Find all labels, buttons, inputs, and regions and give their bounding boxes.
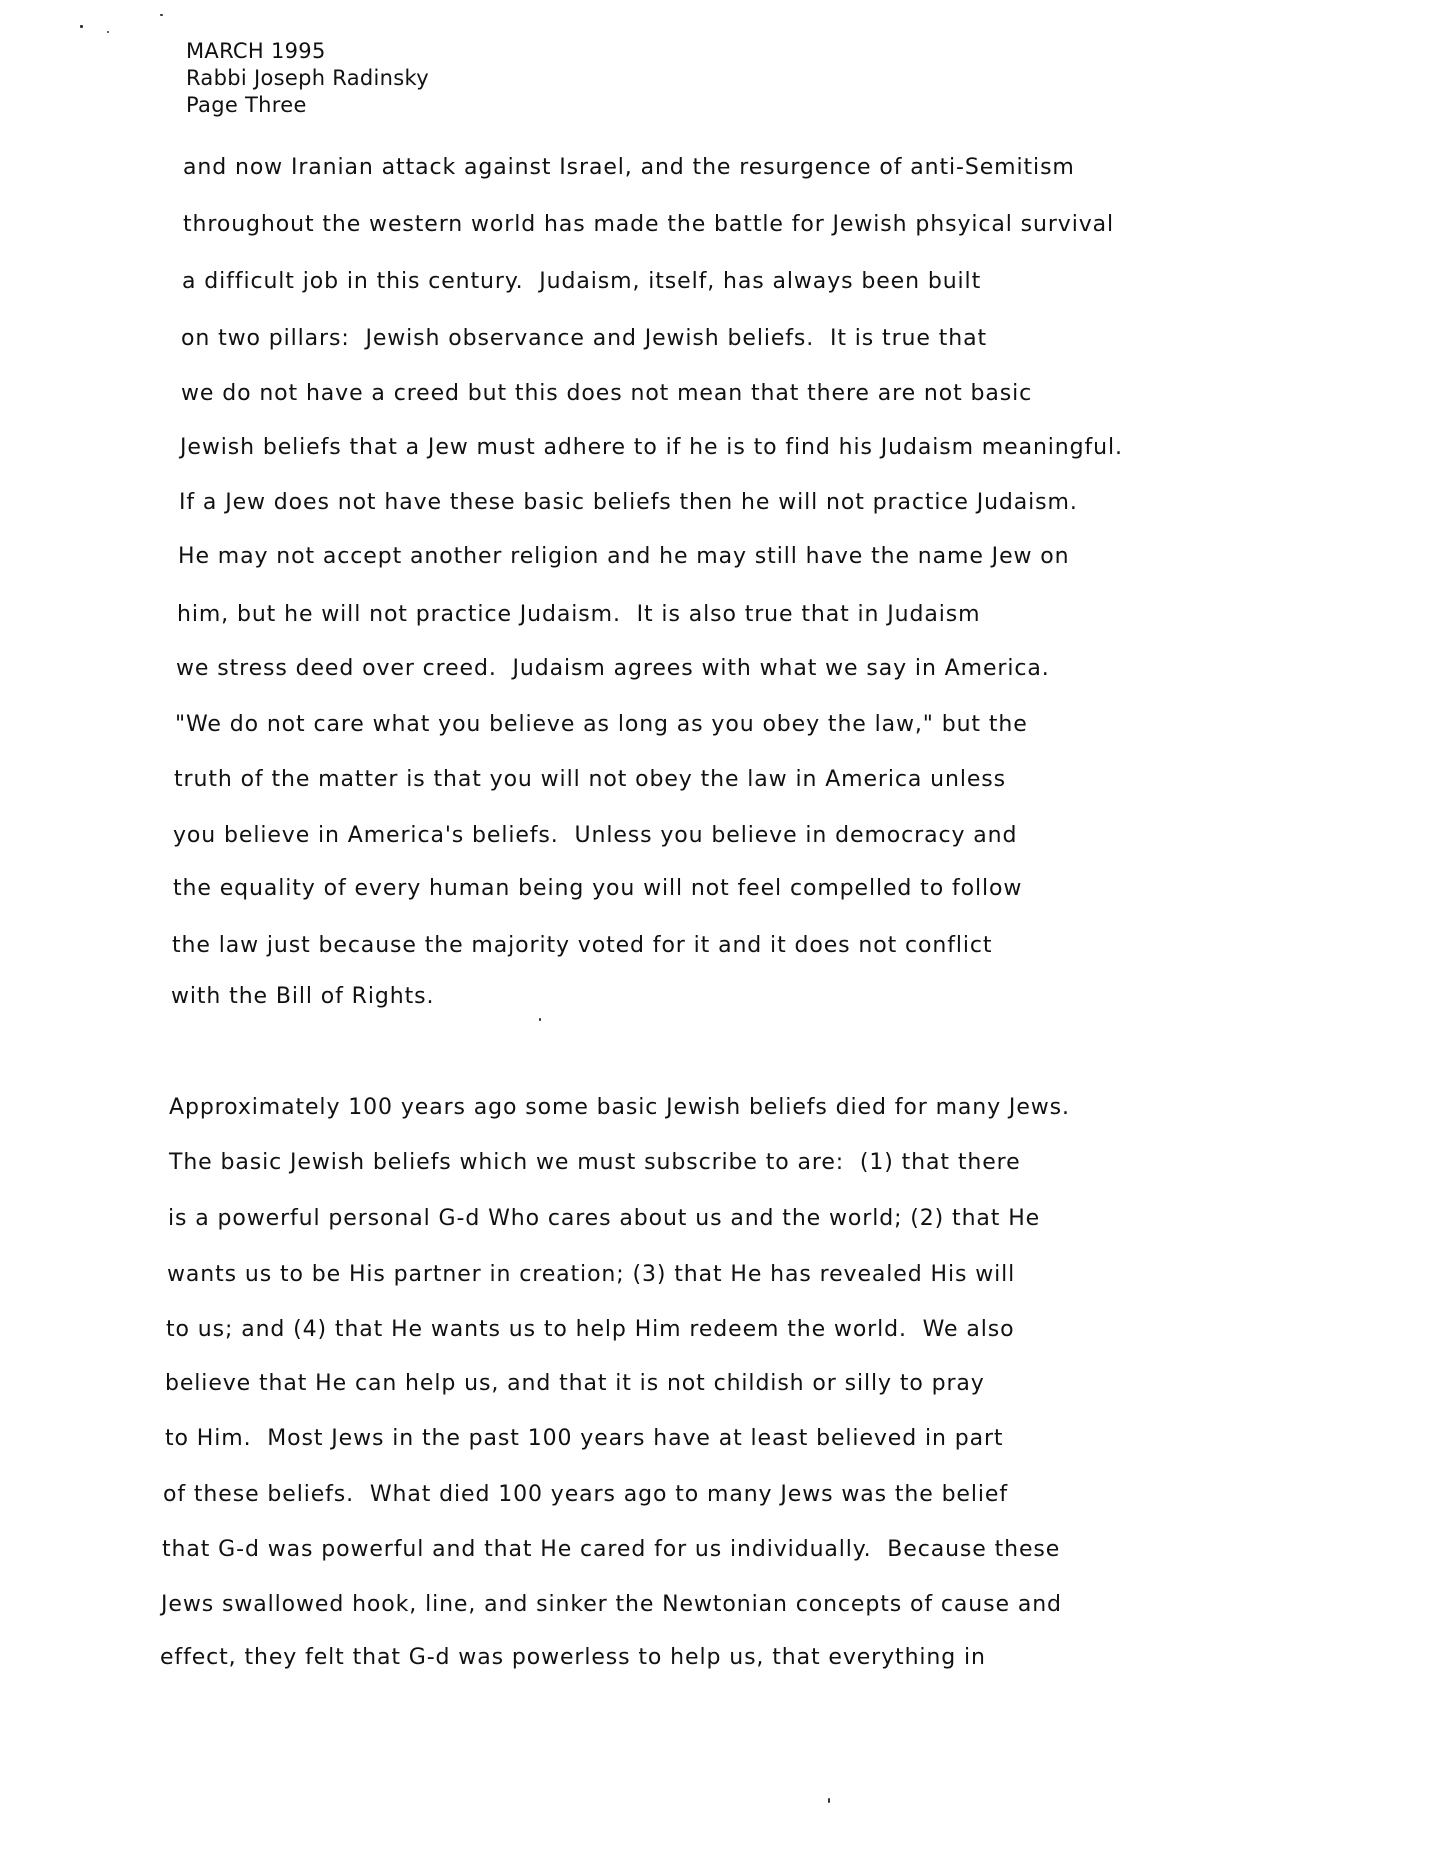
text-line: He may not accept another religion and h… — [178, 546, 1070, 568]
text-line: that G-d was powerful and that He cared … — [162, 1539, 1060, 1561]
text-line: effect, they felt that G-d was powerless… — [160, 1647, 986, 1669]
text-line: the law just because the majority voted … — [172, 935, 992, 957]
text-line: on two pillars: Jewish observance and Je… — [181, 328, 987, 350]
text-line: The basic Jewish beliefs which we must s… — [169, 1152, 1021, 1174]
text-line: you believe in America's beliefs. Unless… — [173, 825, 1017, 847]
text-line: is a powerful personal G-d Who cares abo… — [168, 1208, 1040, 1230]
text-line: we stress deed over creed. Judaism agree… — [176, 658, 1050, 680]
text-line: wants us to be His partner in creation; … — [167, 1264, 1015, 1286]
text-line: with the Bill of Rights. — [171, 986, 434, 1008]
scan-speck — [107, 31, 109, 33]
text-line: If a Jew does not have these basic belie… — [179, 492, 1078, 514]
text-line: to us; and (4) that He wants us to help … — [166, 1319, 1015, 1341]
text-line: "We do not care what you believe as long… — [175, 714, 1028, 736]
scan-speck — [539, 1018, 541, 1021]
header-page-label: Page Three — [186, 95, 307, 116]
text-line: the equality of every human being you wi… — [173, 878, 1022, 900]
text-line: we do not have a creed but this does not… — [181, 383, 1032, 405]
text-line: Jewish beliefs that a Jew must adhere to… — [180, 437, 1123, 459]
text-line: of these beliefs. What died 100 years ag… — [163, 1484, 1008, 1506]
text-line: Jews swallowed hook, line, and sinker th… — [161, 1594, 1062, 1616]
text-line: a difficult job in this century. Judaism… — [182, 271, 981, 293]
text-line: truth of the matter is that you will not… — [174, 769, 1006, 791]
scan-speck — [160, 14, 163, 16]
text-line: Approximately 100 years ago some basic J… — [169, 1097, 1070, 1119]
scan-speck — [80, 25, 83, 28]
text-line: believe that He can help us, and that it… — [165, 1373, 985, 1395]
text-line: and now Iranian attack against Israel, a… — [183, 157, 1075, 179]
text-line: throughout the western world has made th… — [183, 214, 1114, 236]
text-line: to Him. Most Jews in the past 100 years … — [165, 1428, 1003, 1450]
text-line: him, but he will not practice Judaism. I… — [177, 604, 980, 626]
header-date: MARCH 1995 — [186, 41, 326, 62]
header-author: Rabbi Joseph Radinsky — [186, 68, 429, 89]
scan-speck — [828, 1798, 830, 1803]
document-page: MARCH 1995 Rabbi Joseph Radinsky Page Th… — [0, 0, 1430, 1851]
